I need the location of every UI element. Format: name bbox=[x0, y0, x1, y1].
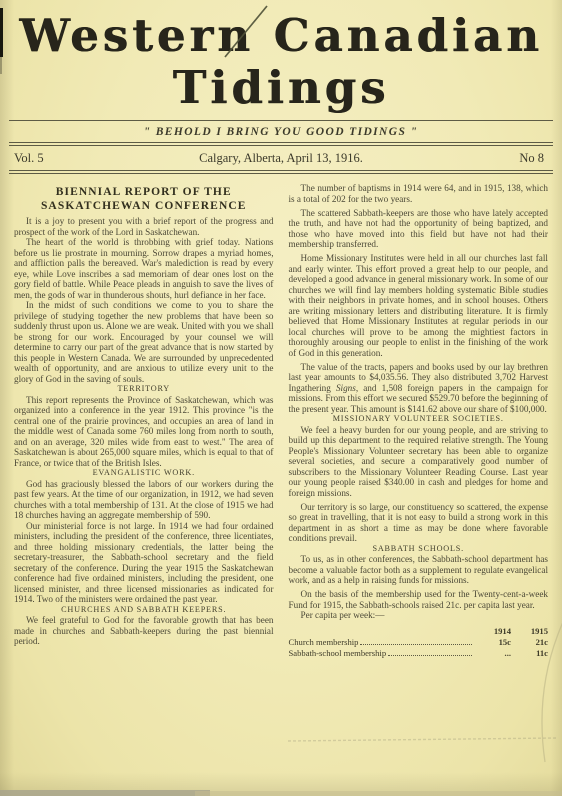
table-row: Church membership 15c 21c bbox=[289, 637, 549, 648]
table-header-1914: 1914 bbox=[474, 626, 511, 637]
right-column: The number of baptisms in 1914 were 64, … bbox=[289, 183, 549, 659]
value-1914: 15c bbox=[474, 637, 511, 648]
newspaper-page: Western Canadian Tidings " BEHOLD I BRIN… bbox=[0, 0, 562, 796]
headline-line2: SASKATCHEWAN CONFERENCE bbox=[14, 199, 274, 213]
paragraph: On the basis of the membership used for … bbox=[289, 589, 549, 610]
masthead-title-line1: Western Canadian bbox=[0, 10, 562, 62]
dotted-leader bbox=[388, 655, 472, 656]
paragraph: To us, as in other conferences, the Sabb… bbox=[289, 554, 549, 586]
headline-line1: BIENNIAL REPORT OF THE bbox=[14, 185, 274, 199]
paragraph: This report represents the Province of S… bbox=[14, 395, 274, 469]
paragraph: The number of baptisms in 1914 were 64, … bbox=[289, 183, 549, 204]
paragraph: Our territory is so large, our constitue… bbox=[289, 502, 549, 544]
paragraph: We feel grateful to God for the favorabl… bbox=[14, 615, 274, 647]
paragraph: God has graciously blessed the labors of… bbox=[14, 479, 274, 521]
row-label: Sabbath-school membership bbox=[289, 648, 387, 659]
smudge-line bbox=[288, 738, 556, 741]
subheading-missionary-volunteer: MISSIONARY VOLUNTEER SOCIETIES. bbox=[289, 414, 549, 425]
article-columns: BIENNIAL REPORT OF THE SASKATCHEWAN CONF… bbox=[14, 183, 548, 659]
paragraph: Per capita per week:— bbox=[289, 610, 549, 621]
dotted-leader bbox=[360, 644, 472, 645]
bottom-edge-shadow bbox=[0, 790, 210, 796]
value-1915: 11c bbox=[511, 648, 548, 659]
table-header-1915: 1915 bbox=[511, 626, 548, 637]
paragraph: We feel a heavy burden for our young peo… bbox=[289, 425, 549, 499]
row-label: Church membership bbox=[289, 637, 359, 648]
subheading-evangelistic-work: EVANGALISTIC WORK. bbox=[14, 468, 274, 479]
divider-rule bbox=[9, 120, 553, 121]
bottom-edge-shadow bbox=[195, 791, 562, 796]
subheading-territory: TERRITORY bbox=[14, 384, 274, 395]
masthead-title-line2: Tidings bbox=[0, 62, 562, 114]
masthead: Western Canadian Tidings bbox=[0, 0, 562, 114]
dateline-bar: Vol. 5 Calgary, Alberta, April 13, 1916.… bbox=[14, 146, 548, 170]
italic-publication-name: Signs bbox=[336, 383, 356, 393]
subheading-sabbath-schools: SABBATH SCHOOLS. bbox=[289, 544, 549, 555]
paragraph: The heart of the world is throbbing with… bbox=[14, 237, 274, 300]
paragraph: Our ministerial force is not large. In 1… bbox=[14, 521, 274, 605]
paragraph: Home Missionary Institutes were held in … bbox=[289, 253, 549, 358]
paragraph: The scattered Sabbath-keepers are those … bbox=[289, 208, 549, 250]
subheading-churches-sabbath-keepers: CHURCHES AND SABBATH KEEPERS. bbox=[14, 605, 274, 616]
divider-double-rule bbox=[9, 170, 553, 174]
motto-text: " BEHOLD I BRING YOU GOOD TIDINGS " bbox=[0, 126, 562, 138]
paragraph: In the midst of such conditions we come … bbox=[14, 300, 274, 384]
article-headline: BIENNIAL REPORT OF THE SASKATCHEWAN CONF… bbox=[14, 185, 274, 213]
bottom-strip bbox=[0, 789, 562, 796]
value-1914: ... bbox=[474, 648, 511, 659]
table-row: Sabbath-school membership ... 11c bbox=[289, 648, 549, 659]
value-1915: 21c bbox=[511, 637, 548, 648]
issue-label: No 8 bbox=[519, 151, 544, 166]
per-capita-table: 1914 1915 Church membership 15c 21c Sabb… bbox=[289, 626, 549, 660]
paragraph: The value of the tracts, papers and book… bbox=[289, 362, 549, 415]
table-header-row: 1914 1915 bbox=[289, 626, 549, 637]
paragraph: It is a joy to present you with a brief … bbox=[14, 216, 274, 237]
left-column: BIENNIAL REPORT OF THE SASKATCHEWAN CONF… bbox=[14, 183, 274, 659]
dateline-text: Calgary, Alberta, April 13, 1916. bbox=[14, 151, 548, 166]
